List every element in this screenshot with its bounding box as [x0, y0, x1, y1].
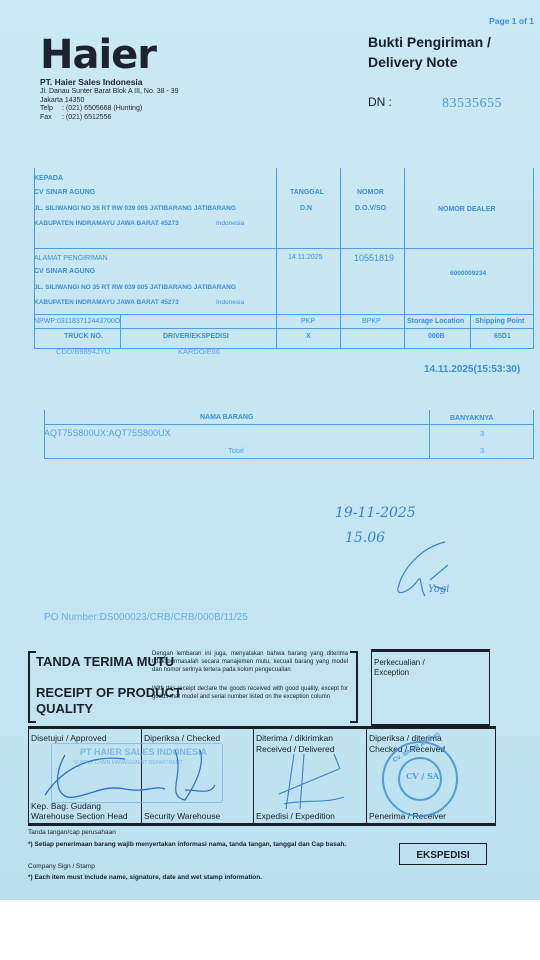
document-title: Bukti Pengiriman / Delivery Note	[368, 32, 491, 72]
approver-signature	[35, 745, 235, 811]
bpkp-header: BPKP	[362, 318, 381, 325]
tanggal-header-2: D.N	[300, 205, 312, 212]
dn-number: 83535655	[442, 96, 502, 112]
shipping-name: CV SINAR AGUNG	[34, 268, 95, 275]
nomor-value: 10551819	[354, 253, 394, 263]
total-label: Total	[228, 446, 244, 455]
receiver-stamp: CV / SA CV. SINAR AGUNG	[382, 741, 458, 817]
exception-box: Perkecualian / Exception	[371, 649, 490, 727]
footer-note-id-title: Tanda tangan/cap perusahaan	[28, 829, 116, 836]
company-address: Jl. Danau Sunter Barat Blok A III, No. 3…	[40, 88, 179, 122]
truck-value: CDD/B9894JYU	[56, 347, 110, 356]
footer-note-id: *) Setiap penerimaan barang wajib menyer…	[28, 841, 346, 848]
handwritten-date: 19-11-2025	[335, 505, 416, 521]
receipt-text-en: With this receipt declare the goods rece…	[152, 685, 348, 701]
po-number: PO Number:DS000023/CRB/CRB/000B/11/25	[44, 612, 248, 623]
shipping-value: 65D1	[494, 333, 511, 340]
print-timestamp: 14.11.2025(15:53:30)	[424, 364, 520, 375]
dealer-header: NOMOR DEALER	[438, 206, 496, 213]
item-row-name: AQT75S800UX:AQT75S800UX	[44, 428, 171, 438]
right-bracket	[350, 651, 358, 723]
receipt-text-id: Dengan lembaran ini juga, menyatakan bah…	[152, 650, 348, 674]
shipping-label: ALAMAT PENGIRIMAN	[34, 255, 108, 262]
handwritten-signature: Yogi	[390, 540, 470, 610]
recipient-country: Indonesia	[216, 220, 244, 227]
pkp-value: X	[306, 333, 311, 340]
copy-label: EKSPEDISI	[416, 850, 469, 861]
driver-header: DRIVER/EKSPEDISI	[163, 333, 229, 340]
address-line-2: Jakarta 14350	[40, 97, 179, 106]
shipping-address-1: JL. SILIWANGI NO 35 RT RW 039 005 JATIBA…	[34, 284, 236, 291]
handwritten-time: 15.06	[345, 530, 385, 546]
recipient-name: CV SINAR AGUNG	[34, 189, 95, 196]
npwp: NPWP:031183712443700O	[34, 318, 120, 325]
total-qty: 3	[480, 446, 484, 455]
storage-value: 000B	[428, 333, 445, 340]
address-line-1: Jl. Danau Sunter Barat Blok A III, No. 3…	[40, 88, 179, 97]
sig-delivered-label-1: Diterima / dikirimkan	[256, 733, 333, 744]
signature-table: Disetujui / Approved Kep. Bag. Gudang Wa…	[28, 726, 496, 826]
receipt-title-en-2: QUALITY	[36, 701, 93, 716]
footer-note-en: *) Each item must include name, signatur…	[28, 874, 262, 881]
exception-label: Perkecualian / Exception	[374, 658, 425, 678]
shipping-country: Indonesia	[216, 299, 244, 306]
dn-label: DN :	[368, 95, 392, 109]
shipping-address-2: KABUPATEN INDRAMAYU JAWA BARAT 45273	[34, 299, 179, 306]
item-name-header: NAMA BARANG	[200, 414, 253, 421]
footer-note-en-title: Company Sign / Stamp	[28, 863, 95, 870]
item-qty-header: BANYAKNYA	[450, 415, 493, 422]
driver-value: KARDO/E66	[178, 347, 220, 356]
dealer-value: 6000009234	[450, 270, 486, 277]
sig-approved-role-2: Warehouse Section Head	[31, 811, 128, 822]
expedition-signature	[264, 749, 364, 819]
shipping-header: Shipping Point	[475, 318, 524, 325]
tanggal-value: 14.11.2025	[288, 254, 323, 261]
pkp-header: PKP	[301, 318, 315, 325]
storage-header: Storage Location	[407, 318, 464, 325]
phone-line: Telp: (021) 6505668 (Hunting)	[40, 105, 179, 114]
page-indicator: Page 1 of 1	[489, 16, 534, 26]
nomor-header-2: D.O.V/SO	[355, 205, 386, 212]
truck-header: TRUCK NO.	[64, 333, 103, 340]
tanggal-header: TANGGAL	[290, 189, 324, 196]
left-bracket	[28, 651, 36, 723]
delivery-note-paper: Haier PT. Haier Sales Indonesia Jl. Dana…	[0, 0, 540, 900]
recipient-address-2: KABUPATEN INDRAMAYU JAWA BARAT 45273	[34, 220, 179, 227]
sig-checked-role: Security Warehouse	[144, 811, 220, 822]
nomor-header: NOMOR	[357, 189, 384, 196]
recipient-label: KEPADA	[34, 175, 63, 182]
copy-label-box: EKSPEDISI	[399, 843, 487, 865]
item-row-qty: 3	[480, 429, 484, 438]
company-name: PT. Haier Sales Indonesia	[40, 77, 143, 87]
fax-line: Fax: (021) 6512556	[40, 114, 179, 123]
haier-logo: Haier	[40, 32, 156, 78]
recipient-address-1: JL. SILIWANGI NO 35 RT RW 039 005 JATIBA…	[34, 205, 236, 212]
